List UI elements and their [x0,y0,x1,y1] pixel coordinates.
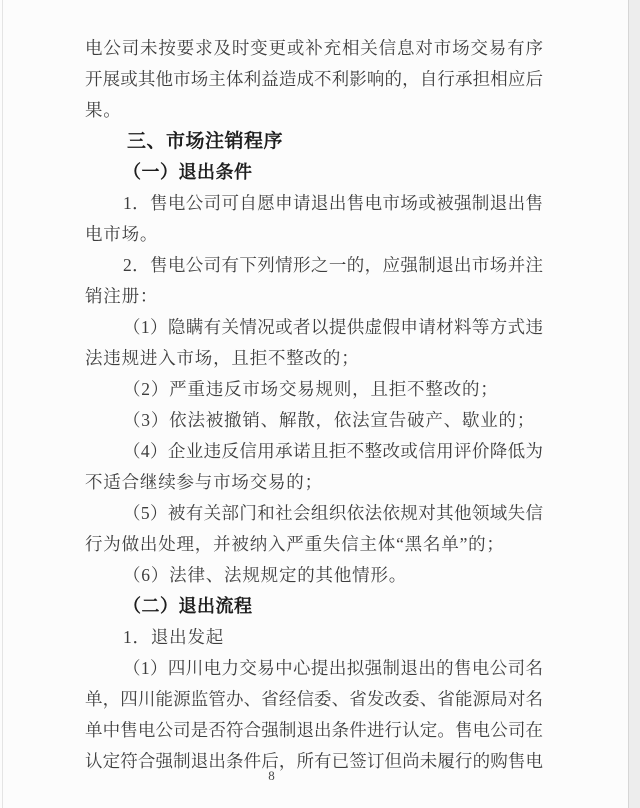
heading-line: （一）退出条件 [85,157,543,188]
text-line: 销注册： [85,281,543,312]
text-line: 开展或其他市场主体利益造成不利影响的，自行承担相应后 [85,64,543,95]
text-line: 法违规进入市场，且拒不整改的； [85,343,543,374]
text-line: 1．退出发起 [85,622,543,653]
scan-left-edge-line [2,0,3,808]
text-line: 2．售电公司有下列情形之一的，应强制退出市场并注 [85,250,543,281]
text-line: （1）隐瞒有关情况或者以提供虚假申请材料等方式违 [85,312,543,343]
text-line: 1．售电公司可自愿申请退出售电市场或被强制退出售 [85,188,543,219]
text-line: （1）四川电力交易中心提出拟强制退出的售电公司名 [85,653,543,684]
text-line: （3）依法被撤销、解散，依法宣告破产、歇业的； [85,405,543,436]
heading-line: （二）退出流程 [85,591,543,622]
document-body: 电公司未按要求及时变更或补充相关信息对市场交易有序开展或其他市场主体利益造成不利… [85,33,543,777]
text-line: （4）企业违反信用承诺且拒不整改或信用评价降低为 [85,436,543,467]
page-number: 8 [0,768,543,784]
scanned-document-page: { "document": { "page_number": "8", "col… [0,0,640,808]
text-line: （5）被有关部门和社会组织依法依规对其他领域失信 [85,498,543,529]
text-line: 单，四川能源监管办、省经信委、省发改委、省能源局对名 [85,684,543,715]
text-line: 行为做出处理，并被纳入严重失信主体“黑名单”的； [85,529,543,560]
text-line: （2）严重违反市场交易规则，且拒不整改的； [85,374,543,405]
text-line: 果。 [85,95,543,126]
text-line: 单中售电公司是否符合强制退出条件进行认定。售电公司在 [85,715,543,746]
text-line: 不适合继续参与市场交易的； [85,467,543,498]
scan-right-edge-strip [628,0,640,808]
text-line: 电市场。 [85,219,543,250]
text-line: （6）法律、法规规定的其他情形。 [85,560,543,591]
text-line: 电公司未按要求及时变更或补充相关信息对市场交易有序 [85,33,543,64]
heading-line: 三、市场注销程序 [85,126,543,157]
